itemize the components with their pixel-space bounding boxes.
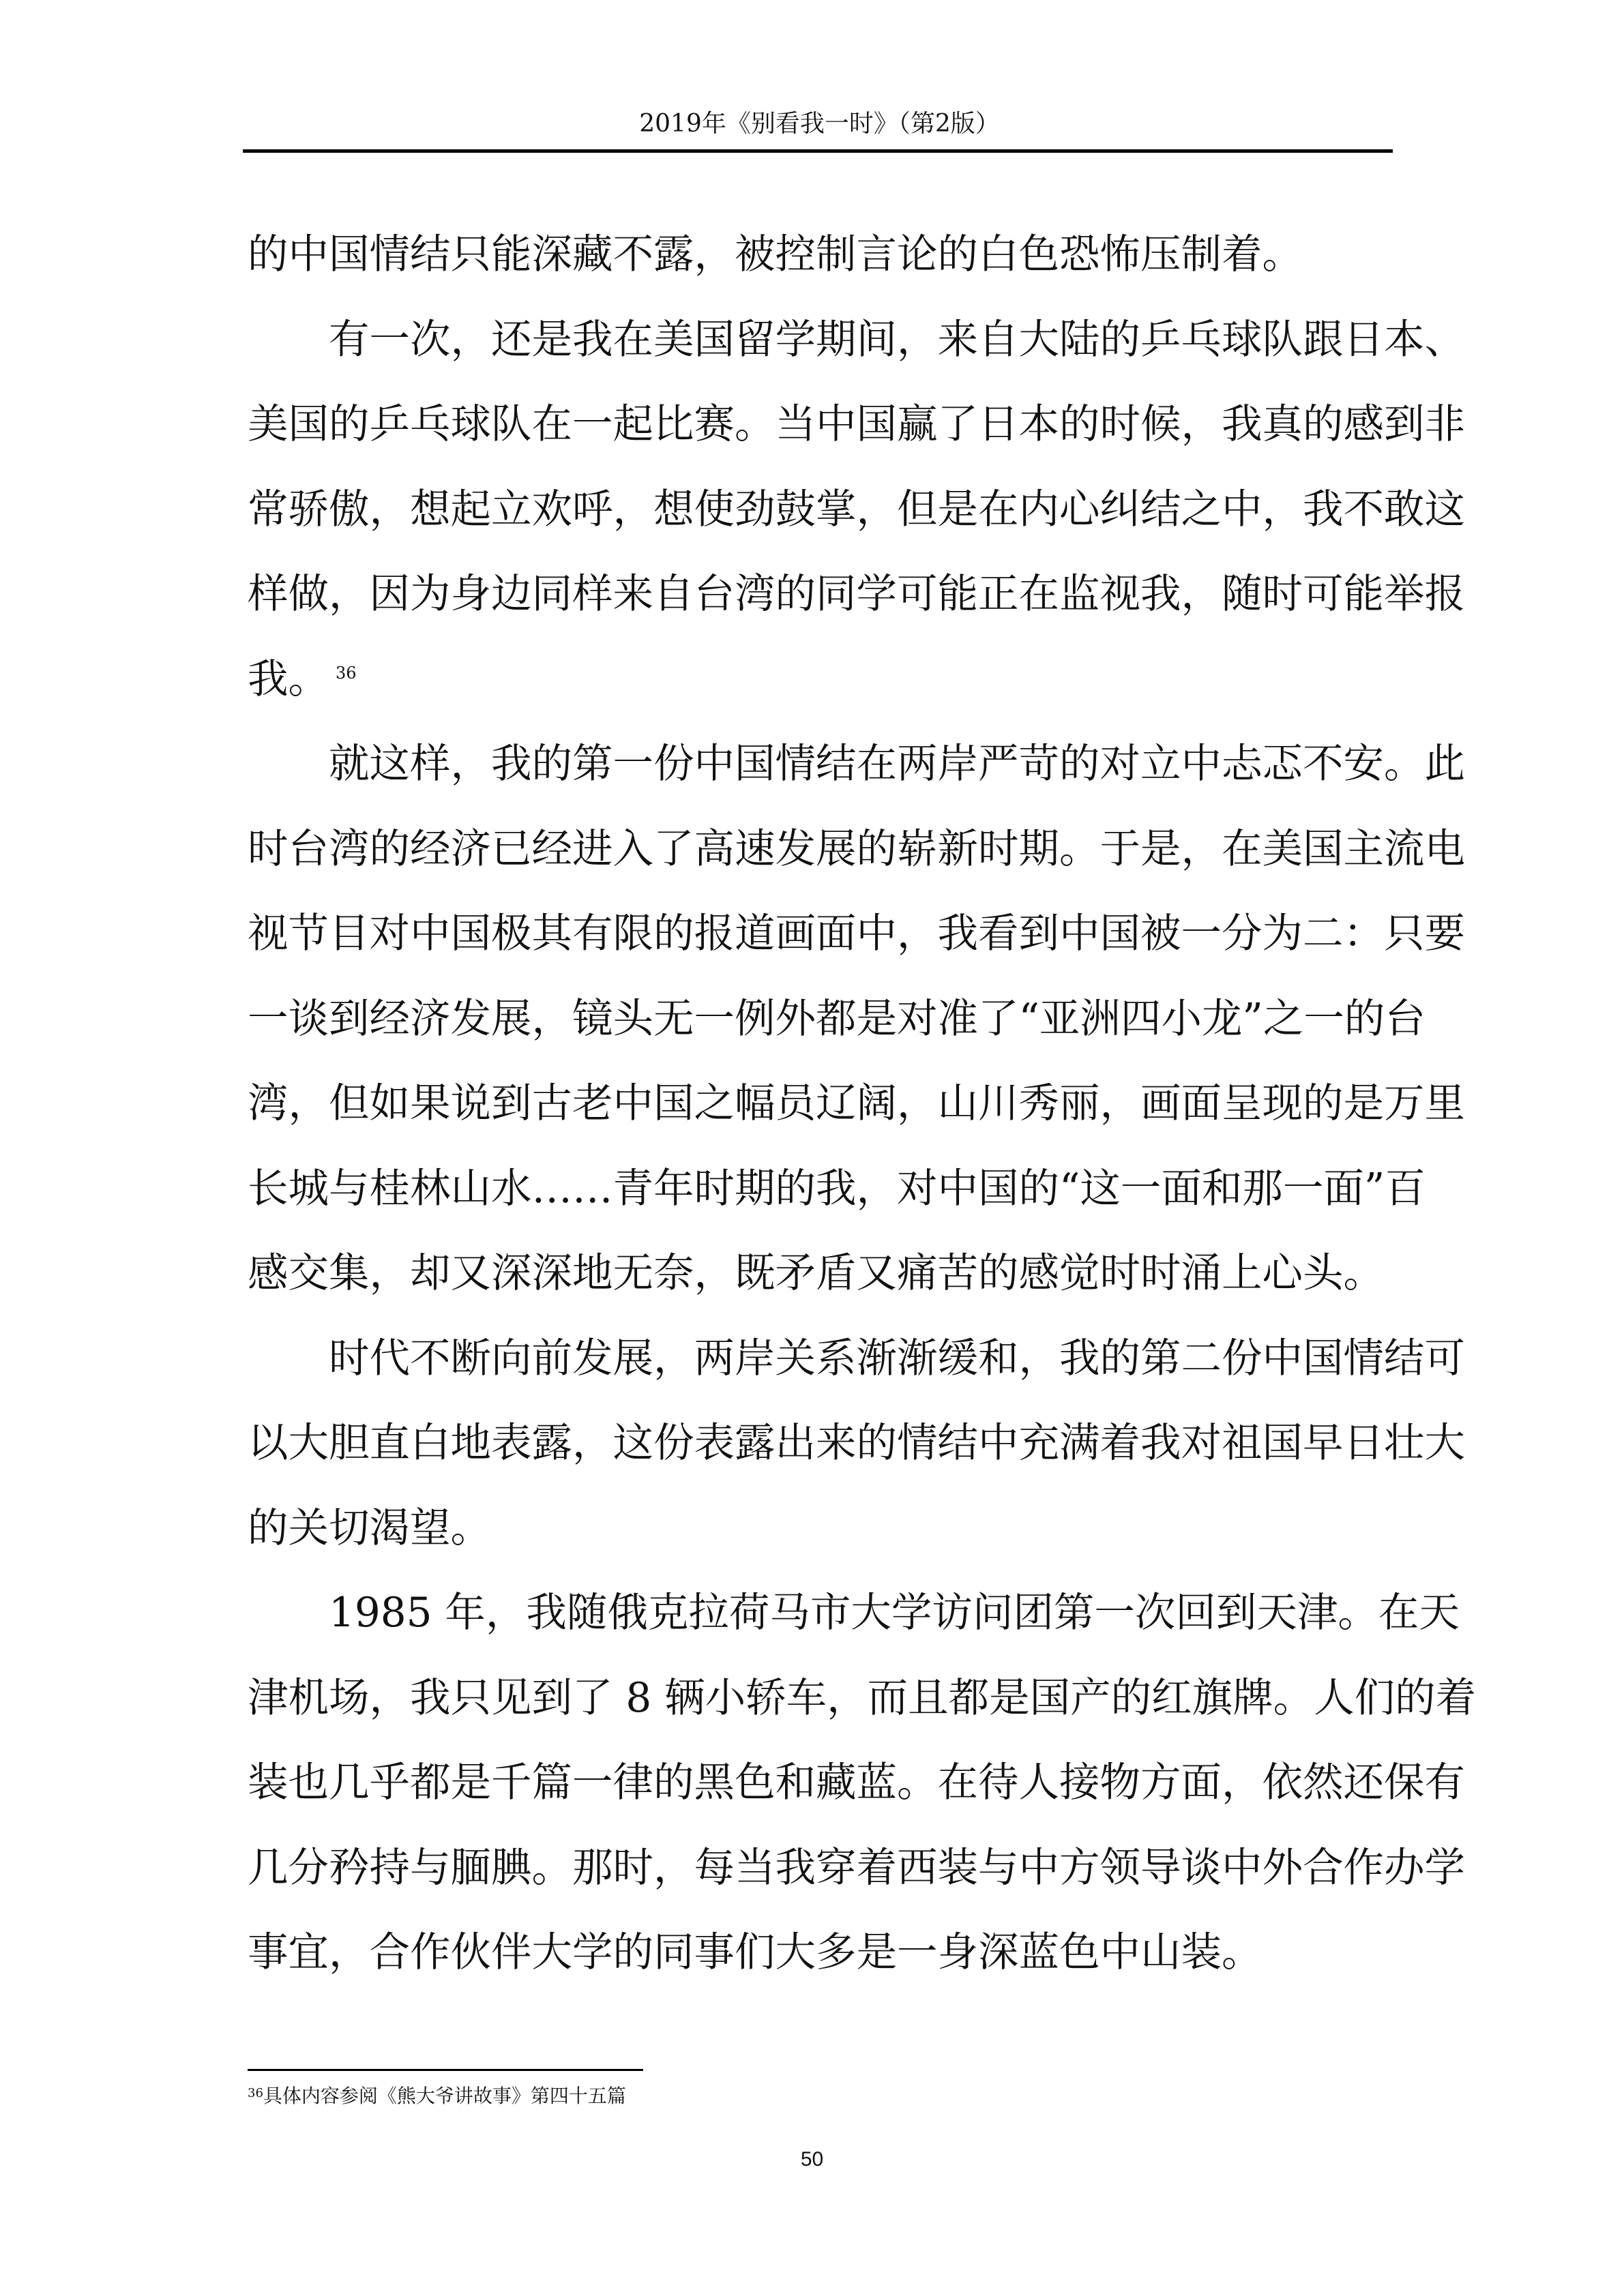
text-line: 我。36 [248,638,1393,723]
footnote-text: 具体内容参阅《熊大爷讲故事》第四十五篇 [263,2085,626,2107]
footnote-reference[interactable]: 36 [336,664,357,683]
body-text: 的中国情结只能深藏不露，被控制言论的白色恐怖压制着。 有一次，还是我在美国留学期… [248,213,1393,1996]
text-line: 1985 年，我随俄克拉荷马市大学访问团第一次回到天津。在天 [248,1571,1393,1656]
text-line: 事宜，合作伙伴大学的同事们大多是一身深蓝色中山装。 [248,1911,1393,1996]
text-line: 几分矜持与腼腆。那时，每当我穿着西装与中方领导谈中外合作办学 [248,1826,1393,1911]
text-line: 时代不断向前发展，两岸关系渐渐缓和，我的第二份中国情结可 [248,1317,1393,1402]
running-header: 2019年《别看我一时》（第2版） [248,109,1391,139]
paragraph: 就这样，我的第一份中国情结在两岸严苛的对立中忐忑不安。此 时台湾的经济已经进入了… [248,722,1393,1317]
text-line-content: 我。 [248,656,329,703]
text-line: 常骄傲，想起立欢呼，想使劲鼓掌，但是在内心纠结之中，我不敢这 [248,468,1393,553]
footnote: 36具体内容参阅《熊大爷讲故事》第四十五篇 [248,2083,626,2110]
text-line: 美国的乒乓球队在一起比赛。当中国赢了日本的时候，我真的感到非 [248,383,1393,468]
text-line: 的关切渴望。 [248,1487,1393,1572]
paragraph: 时代不断向前发展，两岸关系渐渐缓和，我的第二份中国情结可 以大胆直白地表露，这份… [248,1317,1393,1572]
footnote-number: 36 [248,2086,263,2100]
text-line: 的中国情结只能深藏不露，被控制言论的白色恐怖压制着。 [248,213,1393,298]
text-line: 样做，因为身边同样来自台湾的同学可能正在监视我，随时可能举报 [248,552,1393,638]
header-divider [243,149,1393,153]
text-line: 一谈到经济发展，镜头无一例外都是对准了“亚洲四小龙”之一的台 [248,977,1393,1062]
paragraph: 有一次，还是我在美国留学期间，来自大陆的乒乓球队跟日本、 美国的乒乓球队在一起比… [248,298,1393,723]
text-line: 长城与桂林山水……青年时期的我，对中国的“这一面和那一面”百 [248,1147,1393,1232]
text-line: 就这样，我的第一份中国情结在两岸严苛的对立中忐忑不安。此 [248,722,1393,807]
text-line: 湾，但如果说到古老中国之幅员辽阔，山川秀丽，画面呈现的是万里 [248,1062,1393,1147]
paragraph: 的中国情结只能深藏不露，被控制言论的白色恐怖压制着。 [248,213,1393,298]
text-line: 感交集，却又深深地无奈，既矛盾又痛苦的感觉时时涌上心头。 [248,1232,1393,1317]
page-number: 50 [0,2148,1624,2171]
text-line: 以大胆直白地表露，这份表露出来的情结中充满着我对祖国早日壮大 [248,1401,1393,1487]
text-line: 视节目对中国极其有限的报道画面中，我看到中国被一分为二：只要 [248,892,1393,977]
footnote-separator [248,2069,643,2071]
text-line: 津机场，我只见到了 8 辆小轿车，而且都是国产的红旗牌。人们的着 [248,1656,1393,1742]
text-line: 有一次，还是我在美国留学期间，来自大陆的乒乓球队跟日本、 [248,298,1393,383]
text-line: 时台湾的经济已经进入了高速发展的崭新时期。于是，在美国主流电 [248,807,1393,893]
text-line: 装也几乎都是千篇一律的黑色和藏蓝。在待人接物方面，依然还保有 [248,1741,1393,1826]
paragraph: 1985 年，我随俄克拉荷马市大学访问团第一次回到天津。在天 津机场，我只见到了… [248,1571,1393,1996]
